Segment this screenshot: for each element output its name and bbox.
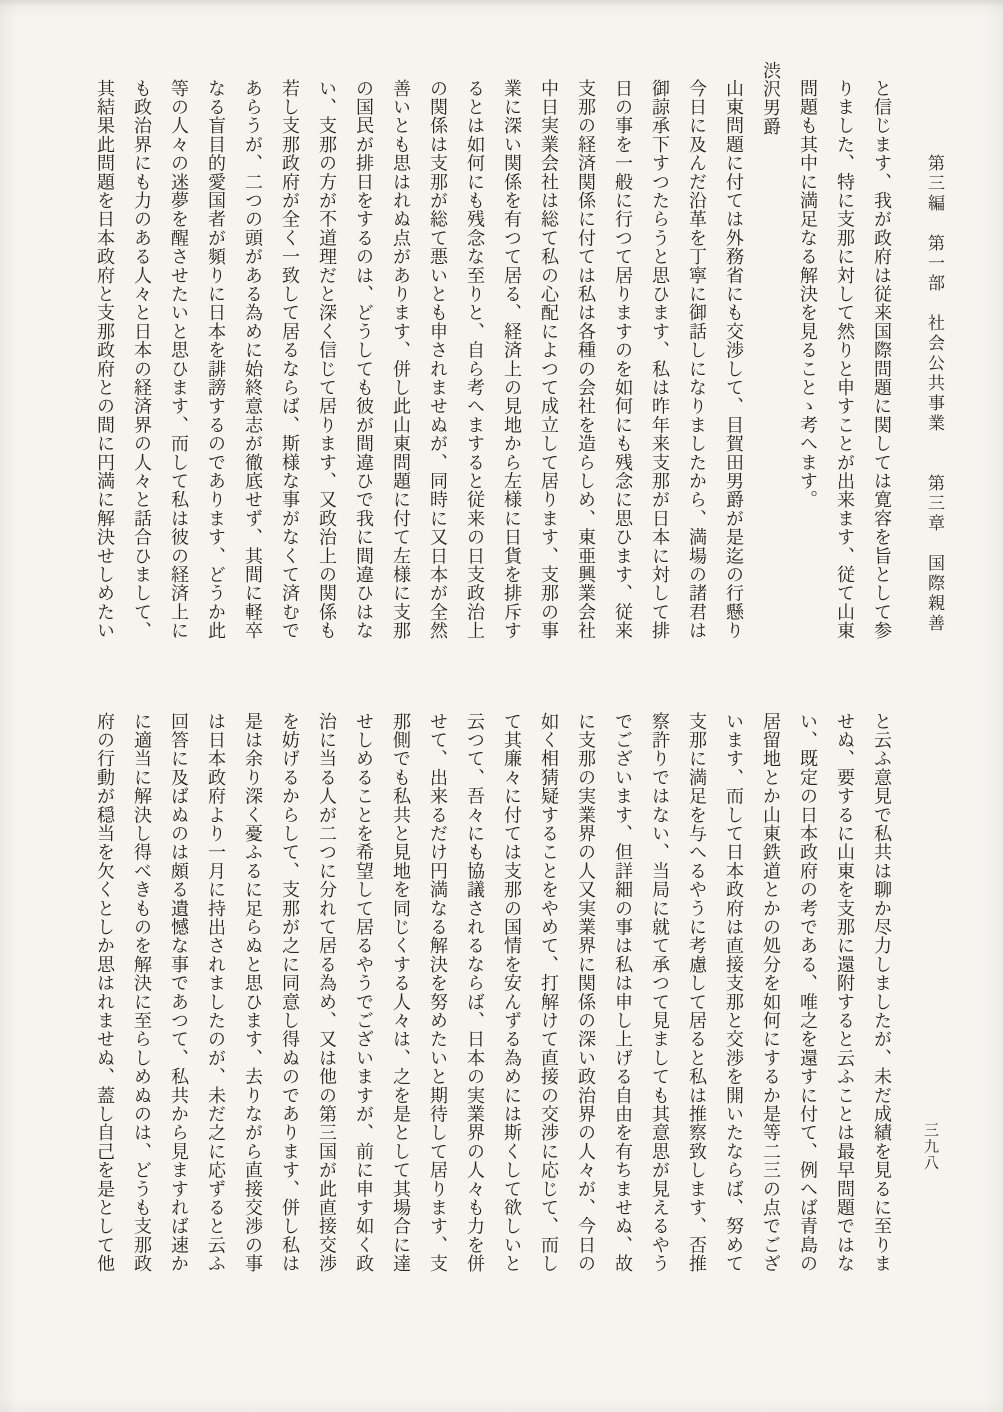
text-column: に適当に解決し得べきものを解決に至らしめぬのは、どうも支那政 <box>123 694 160 1274</box>
text-band-upper: と信じます、我が政府は従来国際問題に関しては寛容を旨として参りました、特に支那に… <box>86 61 900 641</box>
text-column: 回答に及ばぬのは頗る遺憾な事であつて、私共から見ますれば速か <box>160 694 197 1274</box>
text-band-lower: と云ふ意見で私共は聊か尽力しましたが、未だ成績を見るに至りませぬ、要するに山東を… <box>86 694 900 1274</box>
text-column: 山東問題に付ては外務省にも交渉して、目賀田男爵が是迄の行懸り <box>715 61 752 641</box>
text-column: でございます、但詳細の事は私は申し上げる自由を有ちませぬ、故 <box>604 694 641 1274</box>
page-number: 三九八 <box>920 1122 941 1172</box>
text-column: 若し支那政府が全く一致して居るならば、斯様な事がなくて済むで <box>271 61 308 641</box>
text-column: 是は余り深く憂ふるに足らぬと思ひます、去りながら直接交渉の事 <box>234 694 271 1274</box>
book-page: 第三編 第一部 社会公共事業 第三章 国際親善 と信じます、我が政府は従来国際問… <box>0 0 1003 1412</box>
text-column: りました、特に支那に対して然りと申すことが出来ます、従て山東 <box>826 61 863 641</box>
running-head: 第三編 第一部 社会公共事業 第三章 国際親善 <box>922 154 947 634</box>
text-column: 善いとも思はれぬ点があります、併し此山東問題に付て左様に支那 <box>382 61 419 641</box>
text-column: 等の人々の迷夢を醒させたいと思ひます、而して私は彼の経済上に <box>160 61 197 641</box>
text-column: 府の行動が穏当を欠くとしか思はれませぬ、蓋し自己を是として他 <box>86 694 123 1274</box>
text-column: るとは如何にも残念な至りと、自ら考へますると従来の日支政治上 <box>456 61 493 641</box>
text-column: と信じます、我が政府は従来国際問題に関しては寛容を旨として参 <box>863 61 900 641</box>
text-column: て其廉々に付ては支那の国情を安んずる為めには斯くして欲しいと <box>493 694 530 1274</box>
text-column: せしめることを希望して居るやうでございますが、前に申す如く政 <box>345 694 382 1274</box>
text-column: の関係は支那が総て悪いとも申されませぬが、同時に又日本が全然 <box>419 61 456 641</box>
speaker-heading: 渋沢男爵 <box>752 61 789 641</box>
text-column: も政治界にも力のある人々と日本の経済界の人々と話合ひまして、 <box>123 61 160 641</box>
text-column: 支那に満足を与へるやうに考慮して居ると私は推察致します、否推 <box>678 694 715 1274</box>
text-column: 其結果此問題を日本政府と支那政府との間に円満に解決せしめたい <box>86 61 123 641</box>
text-column: せて、出来るだけ円満なる解決を努めたいと期待して居ります、支 <box>419 694 456 1274</box>
text-column: います、而して日本政府は直接支那と交渉を開いたならば、努めて <box>715 694 752 1274</box>
text-column: 日の事を一般に行つて居りますのを如何にも残念に思ひます、従来 <box>604 61 641 641</box>
text-column: 支那の経済関係に付ては私は各種の会社を造らしめ、東亜興業会社 <box>567 61 604 641</box>
text-column: 御諒承下すつたらうと思ひます、私は昨年来支那が日本に対して排 <box>641 61 678 641</box>
text-column: せぬ、要するに山東を支那に還附すると云ふことは最早問題ではな <box>826 694 863 1274</box>
text-column: 治に当る人が二つに分れて居る為め、又は他の第三国が此直接交渉 <box>308 694 345 1274</box>
text-column: 那側でも私共と見地を同じくする人々は、之を是として其場合に達 <box>382 694 419 1274</box>
text-column: なる盲目的愛国者が頻りに日本を誹謗するのであります、どうか此 <box>197 61 234 641</box>
text-column: 今日に及んだ沿革を丁寧に御話しになりましたから、満場の諸君は <box>678 61 715 641</box>
text-column: 云つて、吾々にも協議されるならば、日本の実業界の人々も力を併 <box>456 694 493 1274</box>
text-column: に支那の実業界の人又実業界に関係の深い政治界の人々が、今日の <box>567 694 604 1274</box>
text-column: は日本政府より一月に持出されましたのが、未だ之に応ずると云ふ <box>197 694 234 1274</box>
text-column: 中日実業会社は総て私の心配によつて成立して居ります、支那の事 <box>530 61 567 641</box>
text-column: 居留地とか山東鉄道とかの処分を如何にするか是等二三の点でござ <box>752 694 789 1274</box>
text-column: 察許りではない、当局に就て承つて見ましても其意思が見えるやう <box>641 694 678 1274</box>
text-column: 業に深い関係を有つて居る、経済上の見地から左様に日貨を排斥す <box>493 61 530 641</box>
text-column: い、支那の方が不道理だと深く信じて居ります、又政治上の関係も <box>308 61 345 641</box>
text-column: い、既定の日本政府の考である、唯之を還すに付て、例へば青島の <box>789 694 826 1274</box>
text-column: と云ふ意見で私共は聊か尽力しましたが、未だ成績を見るに至りま <box>863 694 900 1274</box>
text-column: 如く相猜疑することをやめて、打解けて直接の交渉に応じて、而し <box>530 694 567 1274</box>
text-column: の国民が排日をするのは、どうしても彼が間違ひで我に間違ひはな <box>345 61 382 641</box>
text-column: あらうが、二つの頭がある為めに始終意志が徹底せず、其間に軽卒 <box>234 61 271 641</box>
text-column: を妨げるからして、支那が之に同意し得ぬのであります、併し私は <box>271 694 308 1274</box>
text-column: 問題も其中に満足なる解決を見ることゝ考へます。 <box>789 61 826 641</box>
